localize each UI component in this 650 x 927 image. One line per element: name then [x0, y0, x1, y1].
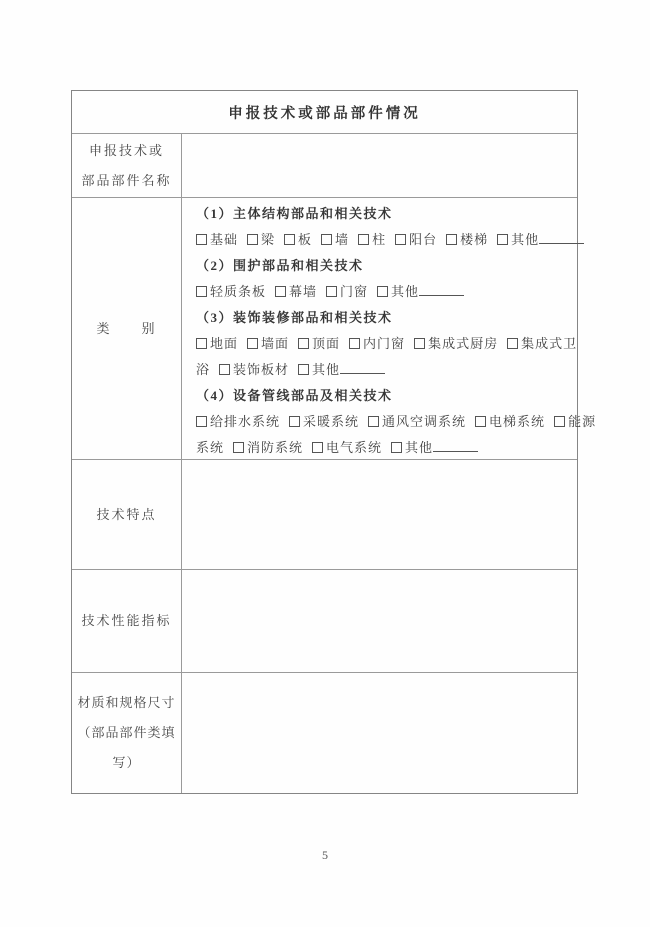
checkbox-icon: [298, 364, 309, 375]
checkbox-option: 梁: [247, 232, 275, 247]
fill-in-blank: [340, 361, 385, 374]
checkbox-icon: [284, 234, 295, 245]
category-group-heading: （1）主体结构部品和相关技术: [196, 201, 571, 227]
page-number: 5: [0, 848, 650, 863]
material-spec-label-line1: 材质和规格尺寸: [77, 688, 175, 718]
checkbox-option: 楼梯: [446, 232, 488, 247]
option-label: 集成式厨房: [428, 336, 498, 351]
option-label: 其他: [391, 284, 419, 299]
checkbox-icon: [312, 442, 323, 453]
category-options-line: 给排水系统采暖系统通风空调系统电梯系统能源: [196, 409, 571, 435]
row-declared-name: 申报技术或 部品部件名称: [72, 133, 577, 197]
declared-name-label: 申报技术或 部品部件名称: [72, 134, 182, 197]
category-options-line: 地面墙面顶面内门窗集成式厨房集成式卫: [196, 331, 571, 357]
option-label: 消防系统: [247, 440, 303, 455]
checkbox-option: 柱: [358, 232, 386, 247]
checkbox-option: 其他: [391, 440, 478, 455]
checkbox-icon: [358, 234, 369, 245]
technical-features-label: 技术特点: [72, 460, 182, 569]
checkbox-option: 地面: [196, 336, 238, 351]
performance-indicators-value-cell: [182, 570, 577, 672]
checkbox-icon: [196, 416, 207, 427]
category-options-line: 轻质条板幕墙门窗其他: [196, 279, 571, 305]
category-label: 类 别: [72, 198, 182, 459]
option-label: 采暖系统: [303, 414, 359, 429]
checkbox-icon: [196, 286, 207, 297]
option-label: 内门窗: [363, 336, 405, 351]
technical-features-label-text: 技术特点: [96, 500, 156, 530]
checkbox-icon: [395, 234, 406, 245]
checkbox-icon: [554, 416, 565, 427]
category-options-line: 系统消防系统电气系统其他: [196, 435, 571, 461]
checkbox-icon: [289, 416, 300, 427]
fill-in-blank: [419, 283, 464, 296]
option-label: 顶面: [312, 336, 340, 351]
option-label: 阳台: [409, 232, 437, 247]
option-label: 墙面: [261, 336, 289, 351]
checkbox-icon: [391, 442, 402, 453]
material-spec-label-line3: 写）: [112, 748, 140, 778]
fill-in-blank: [539, 231, 584, 244]
option-label: 梁: [261, 232, 275, 247]
category-label-text: 类 别: [96, 314, 156, 344]
category-group-heading: （4）设备管线部品及相关技术: [196, 383, 571, 409]
checkbox-icon: [275, 286, 286, 297]
option-continuation: 浴: [196, 362, 210, 377]
declared-name-label-line2: 部品部件名称: [81, 166, 171, 196]
option-label: 集成式卫: [521, 336, 577, 351]
option-label: 地面: [210, 336, 238, 351]
option-label: 其他: [312, 362, 340, 377]
declared-name-value-cell: [182, 134, 577, 197]
checkbox-icon: [298, 338, 309, 349]
checkbox-icon: [219, 364, 230, 375]
option-label: 电气系统: [326, 440, 382, 455]
option-label: 其他: [405, 440, 433, 455]
row-technical-features: 技术特点: [72, 459, 577, 569]
row-category: 类 别 （1）主体结构部品和相关技术基础梁板墙柱阳台楼梯其他（2）围护部品和相关…: [72, 197, 577, 459]
checkbox-option: 门窗: [326, 284, 368, 299]
option-label: 楼梯: [460, 232, 488, 247]
option-label: 墙: [335, 232, 349, 247]
checkbox-icon: [377, 286, 388, 297]
checkbox-option: 墙: [321, 232, 349, 247]
checkbox-option: 轻质条板: [196, 284, 266, 299]
checkbox-icon: [497, 234, 508, 245]
option-label: 柱: [372, 232, 386, 247]
checkbox-icon: [247, 234, 258, 245]
fill-in-blank: [433, 439, 478, 452]
option-label: 系统: [196, 440, 224, 455]
category-content: （1）主体结构部品和相关技术基础梁板墙柱阳台楼梯其他（2）围护部品和相关技术轻质…: [182, 198, 577, 459]
performance-indicators-label: 技术性能指标: [72, 570, 182, 672]
material-spec-label-line2: （部品部件类填: [77, 718, 175, 748]
technical-features-value-cell: [182, 460, 577, 569]
checkbox-icon: [475, 416, 486, 427]
checkbox-icon: [196, 338, 207, 349]
row-material-spec: 材质和规格尺寸 （部品部件类填 写）: [72, 672, 577, 793]
option-label: 其他: [511, 232, 539, 247]
option-label: 电梯系统: [489, 414, 545, 429]
declaration-form-table: 申报技术或部品部件情况 申报技术或 部品部件名称 类 别 （1）主体结构部品和相…: [71, 90, 578, 794]
checkbox-option: 顶面: [298, 336, 340, 351]
option-label: 装饰板材: [233, 362, 289, 377]
material-spec-value-cell: [182, 673, 577, 793]
checkbox-option: 其他: [497, 232, 584, 247]
checkbox-option: 能源: [554, 414, 596, 429]
checkbox-option: 内门窗: [349, 336, 405, 351]
option-label: 基础: [210, 232, 238, 247]
checkbox-option: 幕墙: [275, 284, 317, 299]
checkbox-option: 给排水系统: [196, 414, 280, 429]
performance-indicators-label-text: 技术性能指标: [81, 606, 171, 636]
checkbox-option: 电梯系统: [475, 414, 545, 429]
option-label: 门窗: [340, 284, 368, 299]
checkbox-option: 其他: [377, 284, 464, 299]
checkbox-option: 装饰板材: [219, 362, 289, 377]
checkbox-option: 基础: [196, 232, 238, 247]
option-label: 轻质条板: [210, 284, 266, 299]
checkbox-icon: [233, 442, 244, 453]
checkbox-icon: [321, 234, 332, 245]
checkbox-icon: [446, 234, 457, 245]
checkbox-option: 其他: [298, 362, 385, 377]
checkbox-option: 电气系统: [312, 440, 382, 455]
checkbox-icon: [196, 234, 207, 245]
table-title: 申报技术或部品部件情况: [228, 102, 421, 123]
option-label: 浴: [196, 362, 210, 377]
checkbox-option: 阳台: [395, 232, 437, 247]
option-label: 能源: [568, 414, 596, 429]
checkbox-option: 板: [284, 232, 312, 247]
checkbox-icon: [414, 338, 425, 349]
declared-name-label-line1: 申报技术或: [89, 136, 164, 166]
checkbox-option: 通风空调系统: [368, 414, 466, 429]
option-label: 通风空调系统: [382, 414, 466, 429]
checkbox-icon: [368, 416, 379, 427]
row-performance-indicators: 技术性能指标: [72, 569, 577, 672]
option-label: 幕墙: [289, 284, 317, 299]
checkbox-icon: [349, 338, 360, 349]
option-label: 板: [298, 232, 312, 247]
category-options-line: 基础梁板墙柱阳台楼梯其他: [196, 227, 571, 253]
checkbox-option: 集成式卫: [507, 336, 577, 351]
checkbox-option: 采暖系统: [289, 414, 359, 429]
material-spec-label: 材质和规格尺寸 （部品部件类填 写）: [72, 673, 182, 793]
category-group-heading: （2）围护部品和相关技术: [196, 253, 571, 279]
category-group-heading: （3）装饰装修部品和相关技术: [196, 305, 571, 331]
option-label: 给排水系统: [210, 414, 280, 429]
checkbox-icon: [247, 338, 258, 349]
checkbox-icon: [507, 338, 518, 349]
table-title-row: 申报技术或部品部件情况: [72, 91, 577, 133]
checkbox-option: 消防系统: [233, 440, 303, 455]
scanned-form-page: 申报技术或部品部件情况 申报技术或 部品部件名称 类 别 （1）主体结构部品和相…: [0, 0, 650, 927]
checkbox-icon: [326, 286, 337, 297]
checkbox-option: 集成式厨房: [414, 336, 498, 351]
category-options-line: 浴装饰板材其他: [196, 357, 571, 383]
checkbox-option: 墙面: [247, 336, 289, 351]
option-continuation: 系统: [196, 440, 224, 455]
